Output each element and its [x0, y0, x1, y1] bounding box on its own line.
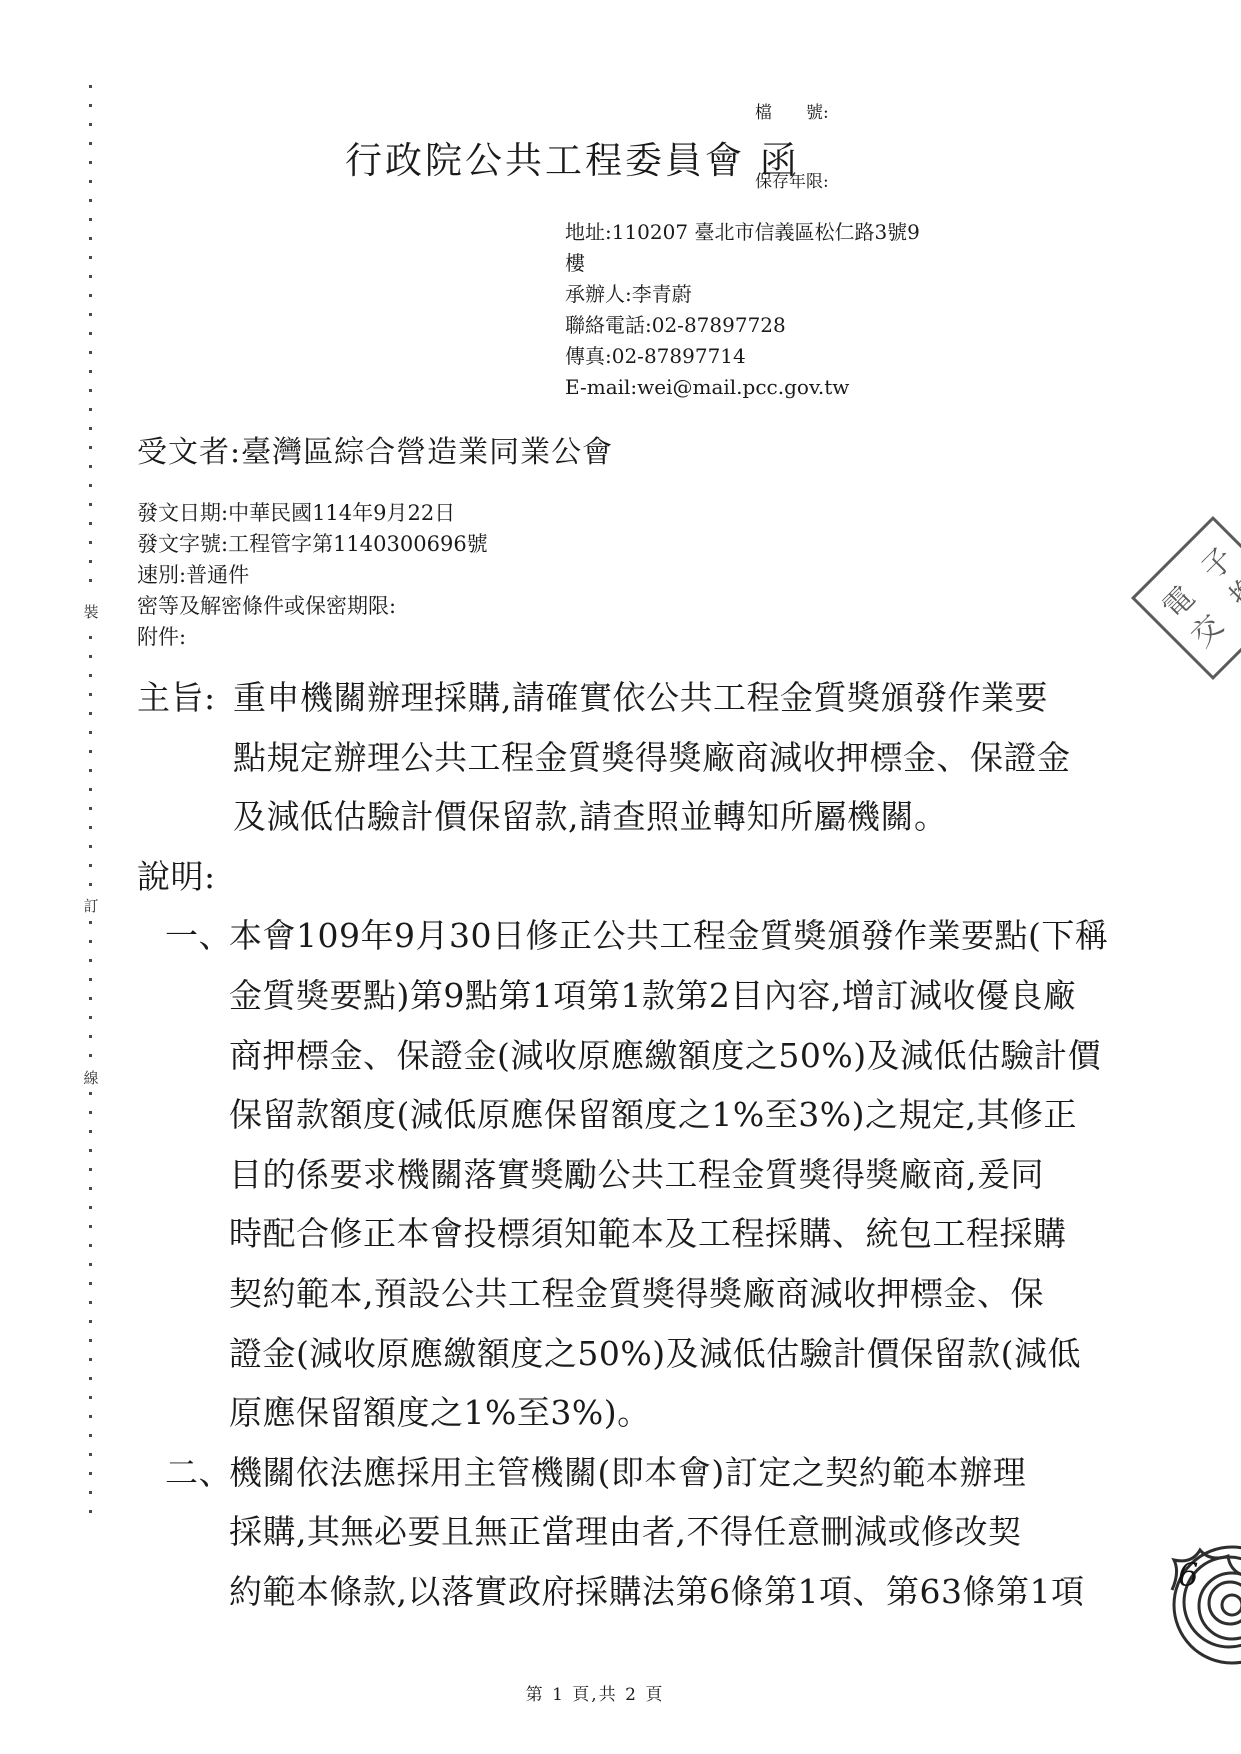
spiral-seal-icon: 6: [1152, 1520, 1241, 1680]
explanation-item-1-line: 契約範本,預設公共工程金質獎得獎廠商減收押標金、保: [0, 1264, 1180, 1324]
sender-info-block: 地址:110207 臺北市信義區松仁路3號9 樓 承辦人:李青蔚 聯絡電話:02…: [565, 217, 920, 403]
explanation-item-2-line: 採購,其無必要且無正當理由者,不得任意刪減或修改契: [0, 1502, 1180, 1562]
margin-char-binding: 裝: [81, 598, 101, 625]
explanation-item-1-line: 商押標金、保證金(減收原應繳額度之50%)及減低估驗計價: [0, 1026, 1180, 1086]
document-meta-block: 發文日期:中華民國114年9月22日 發文字號:工程管字第1140300696號…: [137, 498, 488, 653]
subject-line: 主旨: 重申機關辦理採購,請確實依公共工程金質獎頒發作業要: [0, 668, 1180, 728]
item-1-marker: 一、: [165, 906, 232, 966]
explanation-item-1-line: 證金(減收原應繳額度之50%)及減低估驗計價保留款(減低: [0, 1324, 1180, 1384]
page-footer: 第 1 頁,共 2 頁: [0, 1680, 1190, 1705]
recipient-line: 受文者:臺灣區綜合營造業同業公會: [137, 433, 613, 473]
meta-issue-date: 發文日期:中華民國114年9月22日: [137, 498, 488, 529]
file-no-label: 檔 號:: [755, 102, 829, 125]
subject-label: 主旨:: [137, 668, 216, 728]
explanation-item-1-line: 原應保留額度之1%至3%)。: [0, 1383, 1180, 1443]
corner-number-text: 6: [1178, 1556, 1198, 1594]
explanation-item-1-line: 一、 本會109年9月30日修正公共工程金質獎頒發作業要點(下稱: [0, 906, 1180, 966]
meta-attachment: 附件:: [137, 622, 488, 653]
sender-email: E-mail:wei@mail.pcc.gov.tw: [565, 372, 920, 403]
explanation-item-1-line: 目的係要求機關落實獎勵公共工程金質獎得獎廠商,爰同: [0, 1145, 1180, 1205]
subject-text: 重申機關辦理採購,請確實依公共工程金質獎頒發作業要: [233, 678, 1048, 717]
meta-speed: 速別:普通件: [137, 560, 488, 591]
sender-phone: 聯絡電話:02-87897728: [565, 310, 920, 341]
document-title: 行政院公共工程委員會 函: [345, 130, 800, 184]
document-page: 裝 訂 線 檔 號: 保存年限: 行政院公共工程委員會 函 地址:110207 …: [0, 0, 1241, 1754]
explanation-item-1-line: 時配合修正本會投標須知範本及工程採購、統包工程採購: [0, 1204, 1180, 1264]
item-2-marker: 二、: [165, 1443, 232, 1503]
document-body: 主旨: 重申機關辦理採購,請確實依公共工程金質獎頒發作業要 點規定辦理公共工程金…: [0, 668, 1180, 1622]
explanation-item-1-line: 保留款額度(減低原應保留額度之1%至3%)之規定,其修正: [0, 1085, 1180, 1145]
sender-address-line1: 地址:110207 臺北市信義區松仁路3號9: [565, 217, 920, 248]
subject-line: 點規定辦理公共工程金質獎得獎廠商減收押標金、保證金: [0, 728, 1180, 788]
electronic-exchange-stamp: 電 子 交 換: [1131, 516, 1241, 680]
sender-address-line2: 樓: [565, 248, 920, 279]
explanation-label: 說明:: [0, 847, 1180, 907]
meta-security: 密等及解密條件或保密期限:: [137, 591, 488, 622]
item-1-text: 本會109年9月30日修正公共工程金質獎頒發作業要點(下稱: [229, 916, 1108, 955]
sender-contact-person: 承辦人:李青蔚: [565, 279, 920, 310]
explanation-item-2-line: 約範本條款,以落實政府採購法第6條第1項、第63條第1項: [0, 1562, 1180, 1622]
item-2-text: 機關依法應採用主管機關(即本會)訂定之契約範本辦理: [229, 1453, 1026, 1492]
sender-fax: 傳真:02-87897714: [565, 341, 920, 372]
explanation-item-1-line: 金質獎要點)第9點第1項第1款第2目內容,增訂減收優良廠: [0, 966, 1180, 1026]
meta-doc-number: 發文字號:工程管字第1140300696號: [137, 529, 488, 560]
explanation-item-2-line: 二、 機關依法應採用主管機關(即本會)訂定之契約範本辦理: [0, 1443, 1180, 1503]
subject-line: 及減低估驗計價保留款,請查照並轉知所屬機關。: [0, 787, 1180, 847]
